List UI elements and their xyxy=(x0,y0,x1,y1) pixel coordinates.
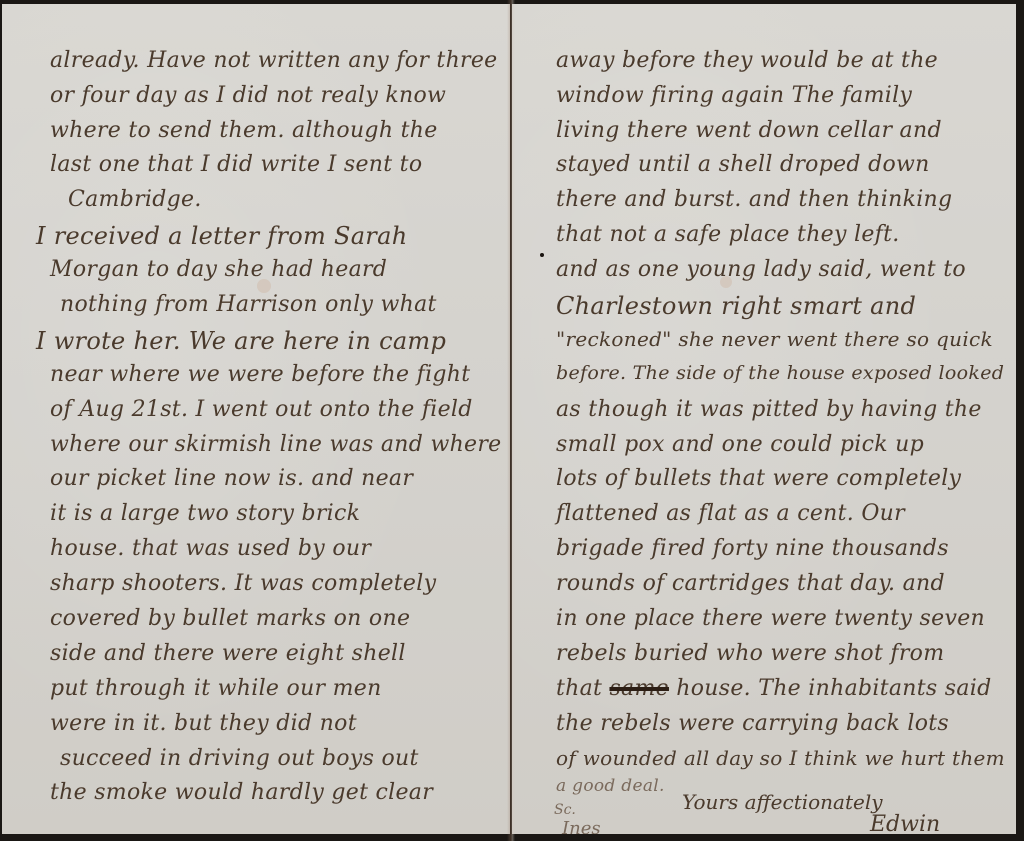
letter-line: already. Have not written any for three xyxy=(50,48,498,73)
left-page: already. Have not written any for three … xyxy=(2,4,510,834)
letter-line: of wounded all day so I think we hurt th… xyxy=(556,746,1005,770)
letter-line: Cambridge. xyxy=(68,187,202,212)
marginal-note: Ines xyxy=(562,818,601,834)
letter-line: succeed in driving out boys out xyxy=(60,746,419,771)
letter-line: living there went down cellar and xyxy=(556,118,942,143)
letter-line: flattened as flat as a cent. Our xyxy=(556,501,905,526)
letter-line: as though it was pitted by having the xyxy=(556,397,982,422)
letter-line: were in it. but they did not xyxy=(50,711,357,736)
signature: Edwin xyxy=(870,812,940,834)
closing-salutation: Yours affectionately xyxy=(682,790,883,814)
letter-line: or four day as I did not realy know xyxy=(50,83,446,108)
letter-line: the rebels were carrying back lots xyxy=(556,711,949,736)
letter-line: I received a letter from Sarah xyxy=(36,222,407,250)
letter-line: house. that was used by our xyxy=(50,536,371,561)
line-start: that xyxy=(556,676,602,701)
letter-line: that not a safe place they left. xyxy=(556,222,900,247)
letter-line: put through it while our men xyxy=(50,676,382,701)
letter-line: brigade fired forty nine thousands xyxy=(556,536,949,561)
letter-line: Charlestown right smart and xyxy=(556,292,916,320)
letter-line: rebels buried who were shot from xyxy=(556,641,944,666)
letter-line: near where we were before the fight xyxy=(50,362,470,387)
letter-line: sharp shooters. It was completely xyxy=(50,571,436,596)
letter-line: and as one young lady said, went to xyxy=(556,257,966,282)
line-end: house. The inhabitants said xyxy=(676,676,991,701)
letter-line: Morgan to day she had heard xyxy=(50,257,387,282)
letter-line: I wrote her. We are here in camp xyxy=(36,327,446,355)
page-fold xyxy=(507,0,515,841)
letter-line: the smoke would hardly get clear xyxy=(50,780,433,805)
letter-line: a good deal. xyxy=(556,776,665,796)
letter-line: window firing again The family xyxy=(556,83,912,108)
letter-line: before. The side of the house exposed lo… xyxy=(556,362,1004,384)
letter-line: nothing from Harrison only what xyxy=(60,292,437,317)
struck-out-word: same xyxy=(609,676,669,701)
letter-line: lots of bullets that were completely xyxy=(556,466,961,491)
letter-line: where our skirmish line was and where xyxy=(50,432,502,457)
letter-line: our picket line now is. and near xyxy=(50,466,413,491)
letter-line: away before they would be at the xyxy=(556,48,938,73)
letter-line: "reckoned" she never went there so quick xyxy=(556,327,993,351)
letter-line: where to send them. although the xyxy=(50,118,438,143)
letter-line: of Aug 21st. I went out onto the field xyxy=(50,397,473,422)
letter-scan: already. Have not written any for three … xyxy=(0,0,1024,841)
marginal-note: Sc. xyxy=(554,802,576,818)
letter-line: rounds of cartridges that day. and xyxy=(556,571,945,596)
ink-dot xyxy=(540,253,544,257)
letter-line: stayed until a shell droped down xyxy=(556,152,930,177)
letter-line: small pox and one could pick up xyxy=(556,432,924,457)
letter-line: it is a large two story brick xyxy=(50,501,360,526)
letter-line: last one that I did write I sent to xyxy=(50,152,422,177)
letter-line: there and burst. and then thinking xyxy=(556,187,952,212)
right-page: away before they would be at the window … xyxy=(512,4,1016,834)
letter-line: covered by bullet marks on one xyxy=(50,606,410,631)
letter-line: that same house. The inhabitants said xyxy=(556,676,992,701)
letter-line: in one place there were twenty seven xyxy=(556,606,985,631)
letter-line: side and there were eight shell xyxy=(50,641,406,666)
